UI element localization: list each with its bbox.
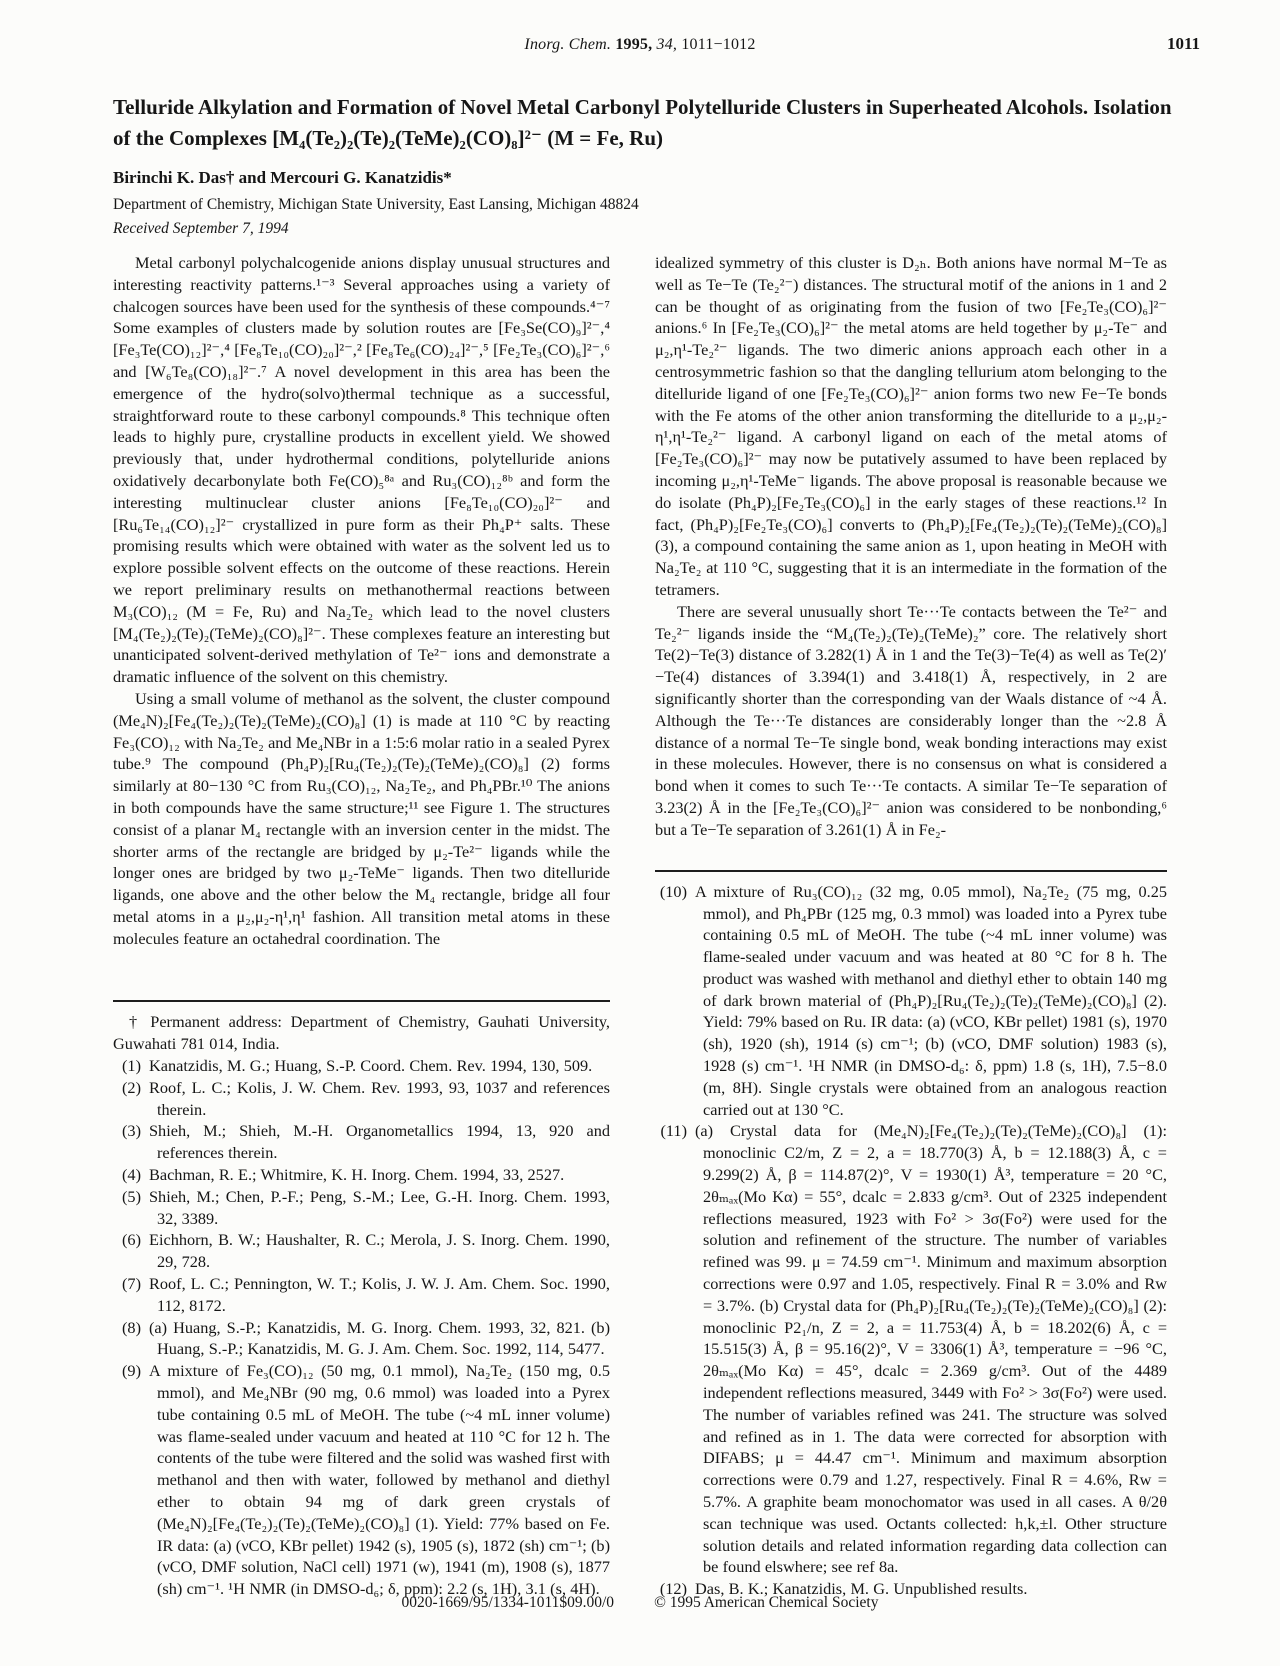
paragraph: There are several unusually short Te···T… [655, 601, 1167, 841]
paragraph: Using a small volume of methanol as the … [113, 688, 610, 950]
footnote-label: (2) [113, 1077, 149, 1099]
footnote-label: (11) [655, 1120, 695, 1142]
footnote: (10)A mixture of Ru₃(CO)₁₂ (32 mg, 0.05 … [655, 881, 1167, 1121]
article-title: Telluride Alkylation and Formation of No… [113, 92, 1175, 154]
page-footer: 0020-1669/95/1334-1011$09.00/0 © 1995 Am… [0, 1594, 1280, 1612]
issn-code: 0020-1669/95/1334-1011$09.00/0 [402, 1594, 615, 1612]
journal-pages: 1011−1012 [681, 36, 755, 53]
journal-name: Inorg. Chem. [524, 36, 611, 53]
footnote: (1)Kanatzidis, M. G.; Huang, S.-P. Coord… [113, 1055, 610, 1077]
page-number: 1011 [1167, 34, 1200, 54]
paragraph: Metal carbonyl polychalcogenide anions d… [113, 252, 610, 688]
footnote: (5)Shieh, M.; Chen, P.-F.; Peng, S.-M.; … [113, 1186, 610, 1230]
footnote-text: Eichhorn, B. W.; Haushalter, R. C.; Mero… [149, 1230, 610, 1271]
footnote-label: (4) [113, 1164, 149, 1186]
body-columns: Metal carbonyl polychalcogenide anions d… [113, 252, 1167, 1600]
footnote: (11)(a) Crystal data for (Me₄N)₂[Fe₄(Te₂… [655, 1120, 1167, 1578]
footnote: (2)Roof, L. C.; Kolis, J. W. Chem. Rev. … [113, 1077, 610, 1121]
copyright: © 1995 American Chemical Society [654, 1594, 878, 1612]
authors: Birinchi K. Das† and Mercouri G. Kanatzi… [113, 168, 1013, 188]
left-footnotes: † Permanent address: Department of Chemi… [113, 1000, 610, 1600]
footnote-text: Shieh, M.; Chen, P.-F.; Peng, S.-M.; Lee… [149, 1187, 610, 1228]
footnote-text: A mixture of Ru₃(CO)₁₂ (32 mg, 0.05 mmol… [695, 882, 1167, 1119]
journal-volume: 34, [657, 36, 678, 53]
footnote: (8)(a) Huang, S.-P.; Kanatzidis, M. G. I… [113, 1317, 610, 1361]
footnote: (6)Eichhorn, B. W.; Haushalter, R. C.; M… [113, 1229, 610, 1273]
footnote-text: Kanatzidis, M. G.; Huang, S.-P. Coord. C… [149, 1056, 592, 1075]
right-footnotes: (10)A mixture of Ru₃(CO)₁₂ (32 mg, 0.05 … [655, 870, 1167, 1600]
footnote-label: (5) [113, 1186, 149, 1208]
affiliation: Department of Chemistry, Michigan State … [113, 196, 1013, 214]
footnote: (3)Shieh, M.; Shieh, M.-H. Organometalli… [113, 1120, 610, 1164]
footnote: (7)Roof, L. C.; Pennington, W. T.; Kolis… [113, 1273, 610, 1317]
footnote-label: (8) [113, 1317, 149, 1339]
footnote-text: Roof, L. C.; Pennington, W. T.; Kolis, J… [149, 1274, 610, 1315]
footnote-text: Permanent address: Department of Chemist… [113, 1012, 610, 1053]
footnote-text: (a) Huang, S.-P.; Kanatzidis, M. G. Inor… [149, 1318, 610, 1359]
paper-page: Inorg. Chem. 1995, 34, 1011−1012 1011 Te… [0, 0, 1280, 1666]
footnote-label: (3) [113, 1120, 149, 1142]
footnote-label: (7) [113, 1273, 149, 1295]
footnote-text: Roof, L. C.; Kolis, J. W. Chem. Rev. 199… [149, 1078, 610, 1119]
footnote-label: (10) [655, 881, 695, 903]
received-date: Received September 7, 1994 [113, 220, 1013, 238]
footnote-text: (a) Crystal data for (Me₄N)₂[Fe₄(Te₂)₂(T… [695, 1121, 1167, 1576]
footnote-label: (9) [113, 1360, 149, 1382]
footnote: (4)Bachman, R. E.; Whitmire, K. H. Inorg… [113, 1164, 610, 1186]
footnote: † Permanent address: Department of Chemi… [113, 1011, 610, 1055]
footnote-label: (6) [113, 1229, 149, 1251]
footnote: (9)A mixture of Fe₃(CO)₁₂ (50 mg, 0.1 mm… [113, 1360, 610, 1600]
footnote-text: Bachman, R. E.; Whitmire, K. H. Inorg. C… [149, 1165, 564, 1184]
left-column: Metal carbonyl polychalcogenide anions d… [113, 252, 610, 1600]
journal-header: Inorg. Chem. 1995, 34, 1011−1012 [0, 36, 1280, 54]
footnote-text: A mixture of Fe₃(CO)₁₂ (50 mg, 0.1 mmol)… [149, 1361, 610, 1598]
footnote-label: (1) [113, 1055, 149, 1077]
journal-year: 1995, [615, 36, 652, 53]
paragraph: idealized symmetry of this cluster is D₂… [655, 252, 1167, 601]
right-column: idealized symmetry of this cluster is D₂… [655, 252, 1167, 1600]
footnote-text: Shieh, M.; Shieh, M.-H. Organometallics … [149, 1121, 610, 1162]
footnote-label: † [129, 1012, 142, 1031]
